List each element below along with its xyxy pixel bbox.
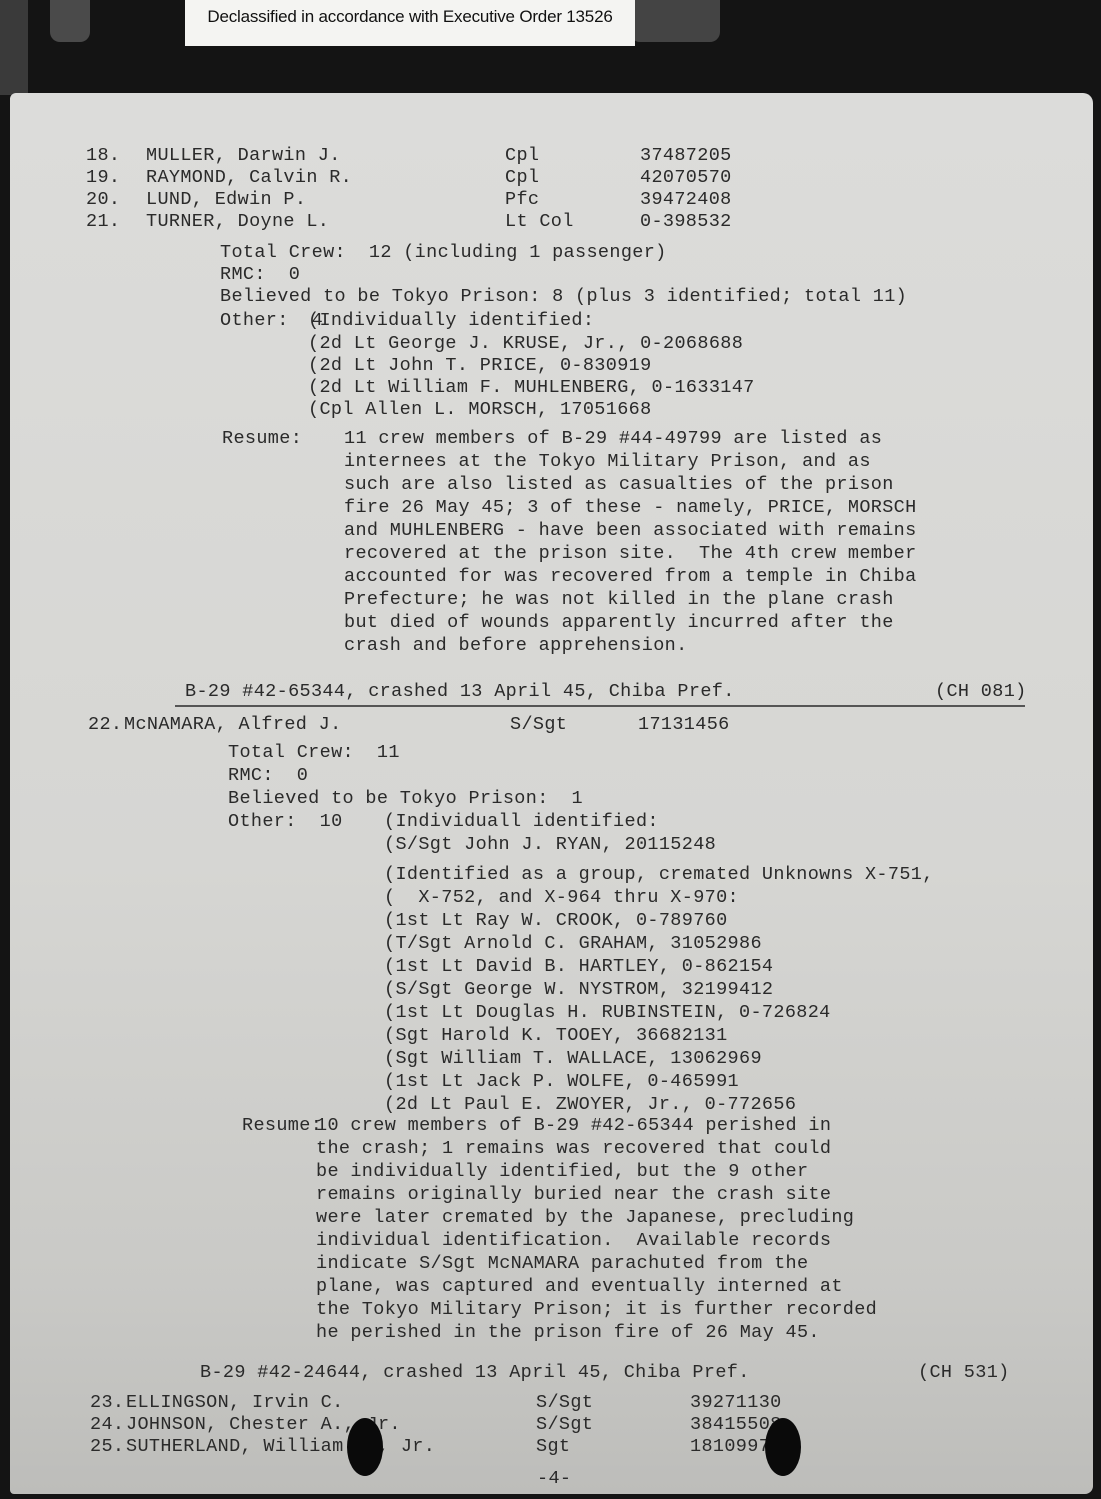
crew-rank: Sgt [536, 1436, 570, 1458]
crew-name: ELLINGSON, Irvin C. [126, 1392, 344, 1414]
crew-rank: Pfc [505, 189, 539, 211]
row-number: 19. [86, 167, 120, 189]
resume-line: internees at the Tokyo Military Prison, … [344, 451, 871, 473]
crew-rank: S/Sgt [510, 714, 567, 736]
crew-rank: S/Sgt [536, 1392, 593, 1414]
other-label: Other: 10 [228, 811, 343, 833]
group-line: ( X-752, and X-964 thru X-970: [384, 887, 739, 909]
row-number: 20. [86, 189, 120, 211]
resume-line: remains originally buried near the crash… [316, 1184, 831, 1206]
group-line: (1st Lt Jack P. WOLFE, 0-465991 [384, 1071, 739, 1093]
row-number: 21. [86, 211, 120, 233]
resume-label: Resume: [242, 1115, 322, 1137]
crew-name: TURNER, Doyne L. [146, 211, 329, 233]
crew-serial: 42070570 [640, 167, 732, 189]
other-line: (2d Lt George J. KRUSE, Jr., 0-2068688 [308, 333, 743, 355]
resume-line: accounted for was recovered from a templ… [344, 566, 917, 588]
declassification-label: Declassified in accordance with Executiv… [185, 0, 635, 46]
tape-right [630, 0, 720, 42]
crew-rank: Lt Col [505, 211, 574, 233]
crew-serial: 39271130 [690, 1392, 782, 1414]
row-number: 22. [88, 714, 122, 736]
total-crew: Total Crew: 12 (including 1 passenger) [220, 242, 667, 264]
crew-name: McNAMARA, Alfred J. [124, 714, 342, 736]
case-code: (CH 531) [918, 1362, 1010, 1384]
group-line: (Sgt Harold K. TOOEY, 36682131 [384, 1025, 728, 1047]
rmc: RMC: 0 [220, 264, 300, 286]
resume-line: individual identification. Available rec… [316, 1230, 831, 1252]
group-line: (1st Lt David B. HARTLEY, 0-862154 [384, 956, 773, 978]
crew-name: SUTHERLAND, William W., Jr. [126, 1436, 435, 1458]
crew-rank: Cpl [505, 145, 539, 167]
other-line: (Cpl Allen L. MORSCH, 17051668 [308, 399, 652, 421]
believed-tokyo-prison: Believed to be Tokyo Prison: 8 (plus 3 i… [220, 286, 907, 308]
other-line: (Individuall identified: [384, 811, 659, 833]
row-number: 18. [86, 145, 120, 167]
crew-serial: 17131456 [638, 714, 730, 736]
group-line: (S/Sgt George W. NYSTROM, 32199412 [384, 979, 773, 1001]
crew-rank: Cpl [505, 167, 539, 189]
group-line: (Identified as a group, cremated Unknown… [384, 864, 934, 886]
heading-underline [175, 705, 1025, 707]
resume-line: be individually identified, but the 9 ot… [316, 1161, 808, 1183]
other-line: (S/Sgt John J. RYAN, 20115248 [384, 834, 716, 856]
resume-line: 10 crew members of B-29 #42-65344 perish… [316, 1115, 831, 1137]
group-line: (1st Lt Ray W. CROOK, 0-789760 [384, 910, 728, 932]
punch-hole-left [347, 1418, 383, 1476]
crew-name: MULLER, Darwin J. [146, 145, 341, 167]
resume-line: plane, was captured and eventually inter… [316, 1276, 843, 1298]
resume-line: and MUHLENBERG - have been associated wi… [344, 520, 917, 542]
group-line: (2d Lt Paul E. ZWOYER, Jr., 0-772656 [384, 1094, 796, 1116]
crew-serial: 37487205 [640, 145, 732, 167]
crew-rank: S/Sgt [536, 1414, 593, 1436]
resume-line: fire 26 May 45; 3 of these - namely, PRI… [344, 497, 917, 519]
resume-line: indicate S/Sgt McNAMARA parachuted from … [316, 1253, 808, 1275]
resume-line: the Tokyo Military Prison; it is further… [316, 1299, 877, 1321]
believed-tokyo-prison: Believed to be Tokyo Prison: 1 [228, 788, 583, 810]
resume-line: recovered at the prison site. The 4th cr… [344, 543, 917, 565]
total-crew: Total Crew: 11 [228, 742, 400, 764]
rmc: RMC: 0 [228, 765, 308, 787]
row-number: 23. [90, 1392, 124, 1414]
crew-serial: 39472408 [640, 189, 732, 211]
page-number: -4- [537, 1468, 571, 1490]
resume-label: Resume: [222, 428, 302, 450]
other-line: (2d Lt John T. PRICE, 0-830919 [308, 355, 652, 377]
scan-background-strip [0, 0, 28, 95]
group-line: (Sgt William T. WALLACE, 13062969 [384, 1048, 762, 1070]
crew-serial: 0-398532 [640, 211, 732, 233]
aircraft-heading: B-29 #42-65344, crashed 13 April 45, Chi… [185, 681, 735, 703]
resume-line: were later cremated by the Japanese, pre… [316, 1207, 854, 1229]
resume-line: crash and before apprehension. [344, 635, 688, 657]
case-code: (CH 081) [935, 681, 1027, 703]
other-line: (Individually identified: [308, 310, 594, 332]
row-number: 25. [90, 1436, 124, 1458]
other-line: (2d Lt William F. MUHLENBERG, 0-1633147 [308, 377, 755, 399]
aircraft-heading: B-29 #42-24644, crashed 13 April 45, Chi… [200, 1362, 750, 1384]
resume-line: 11 crew members of B-29 #44-49799 are li… [344, 428, 882, 450]
resume-line: Prefecture; he was not killed in the pla… [344, 589, 894, 611]
resume-line: but died of wounds apparently incurred a… [344, 612, 894, 634]
resume-line: he perished in the prison fire of 26 May… [316, 1322, 820, 1344]
crew-name: LUND, Edwin P. [146, 189, 306, 211]
tape-left [50, 0, 90, 42]
resume-line: the crash; 1 remains was recovered that … [316, 1138, 831, 1160]
punch-hole-right [765, 1418, 801, 1476]
crew-name: RAYMOND, Calvin R. [146, 167, 352, 189]
row-number: 24. [90, 1414, 124, 1436]
resume-line: such are also listed as casualties of th… [344, 474, 894, 496]
group-line: (1st Lt Douglas H. RUBINSTEIN, 0-726824 [384, 1002, 831, 1024]
group-line: (T/Sgt Arnold C. GRAHAM, 31052986 [384, 933, 762, 955]
